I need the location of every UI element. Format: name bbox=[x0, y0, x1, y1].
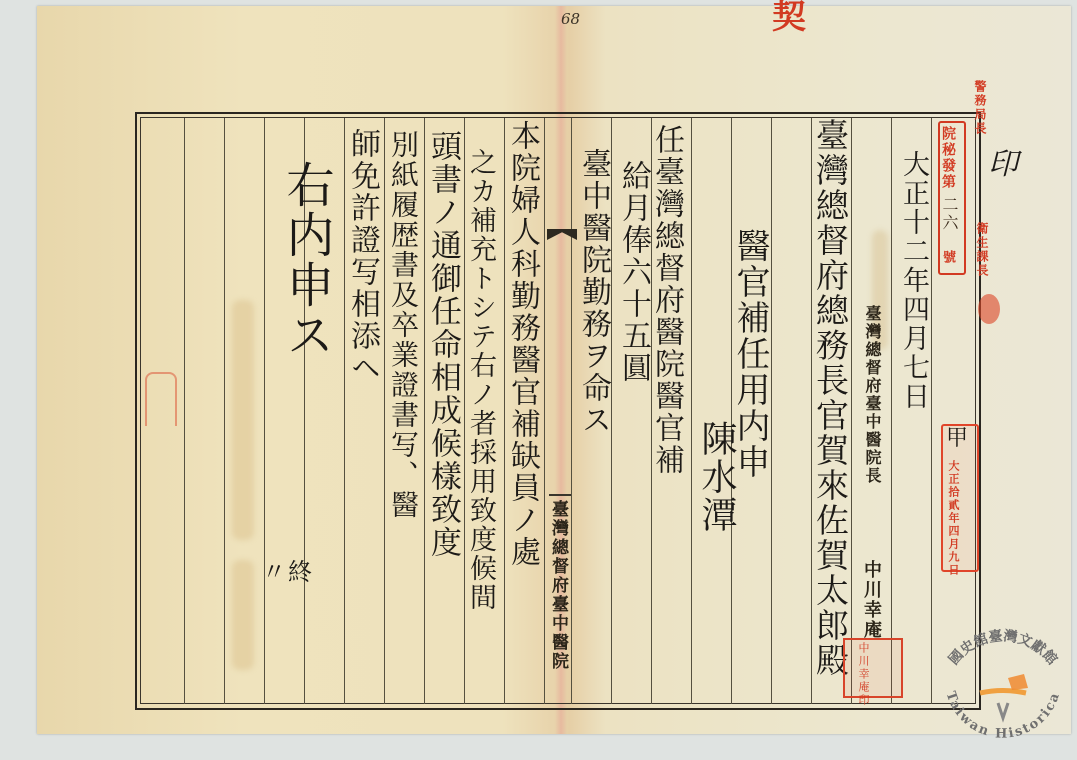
body-line-2: 之カ補充トシテ右ノ者採用致度候間 bbox=[467, 148, 494, 612]
rule-line bbox=[691, 118, 692, 704]
page-number: 68 bbox=[561, 10, 580, 28]
rule-line bbox=[224, 118, 225, 704]
closing-line: 右内申ス bbox=[282, 160, 330, 360]
body-line-5: 師免許證写相添ヘ bbox=[347, 128, 377, 384]
received-stamp-mark: 甲 bbox=[946, 428, 970, 450]
rule-line bbox=[611, 118, 612, 704]
rule-line bbox=[544, 118, 545, 704]
watermark-cn: 國史館臺灣文獻館 bbox=[945, 627, 1061, 668]
signature: 印 bbox=[988, 150, 1020, 180]
header-stamp-suffix: 號 bbox=[941, 250, 954, 265]
svg-text:國史館臺灣文獻館: 國史館臺灣文獻館 bbox=[945, 627, 1061, 668]
letterhead: 臺灣總督府臺中醫院 bbox=[549, 500, 566, 671]
watermark-logo: 國史館臺灣文獻館 Taiwan Historica bbox=[928, 618, 1077, 758]
rule-line bbox=[771, 118, 772, 704]
recipient-line: 臺灣總督府總務長官賀來佐賀太郎殿 bbox=[814, 118, 847, 678]
header-stamp-label: 院秘發第 bbox=[941, 126, 955, 190]
owner-seal-text: 中川幸庵印 bbox=[858, 642, 869, 707]
appointment-line: 任臺灣總督府醫院醫官補 bbox=[651, 124, 681, 476]
rule-line bbox=[931, 118, 932, 704]
candidate-name: 陳水潭 bbox=[698, 420, 734, 534]
salary-line: 給月俸六十五圓 bbox=[618, 160, 648, 384]
body-line-4: 別紙履歴書及卒業證書写、醫 bbox=[389, 130, 417, 520]
rule-line bbox=[264, 118, 265, 704]
rule-line bbox=[851, 118, 852, 704]
rule-line bbox=[384, 118, 385, 704]
date-line: 大正十二年四月七日 bbox=[900, 150, 927, 411]
received-stamp-date: 大正拾貳年四月九日 bbox=[948, 460, 959, 577]
signer-name: 中川幸庵 bbox=[862, 560, 880, 640]
personal-seal bbox=[978, 294, 1000, 324]
subject-line: 醫官補任用内申 bbox=[733, 228, 767, 480]
header-stamp-number: 二六 bbox=[941, 196, 957, 232]
rule-line bbox=[891, 118, 892, 704]
body-line-3: 頭書ノ通御任命相成候樣致度 bbox=[427, 130, 458, 559]
letterhead-rule bbox=[549, 494, 571, 496]
sender-line: 臺灣總督府臺中醫院長 bbox=[864, 305, 880, 485]
body-line-1: 本院婦人科勤務醫官補缺員ノ處 bbox=[507, 120, 537, 568]
faint-stamp bbox=[145, 372, 177, 426]
posting-line: 臺中醫院勤務ヲ命ス bbox=[578, 148, 608, 436]
health-chief-stamp: 衛生課長 bbox=[976, 222, 988, 278]
rule-line bbox=[184, 118, 185, 704]
top-seal: 契 bbox=[772, 0, 808, 34]
rule-line bbox=[571, 118, 572, 704]
owner-seal bbox=[843, 638, 903, 698]
police-chief-stamp: 警務局長 bbox=[974, 80, 986, 136]
end-mark: 〃終 bbox=[262, 560, 314, 584]
